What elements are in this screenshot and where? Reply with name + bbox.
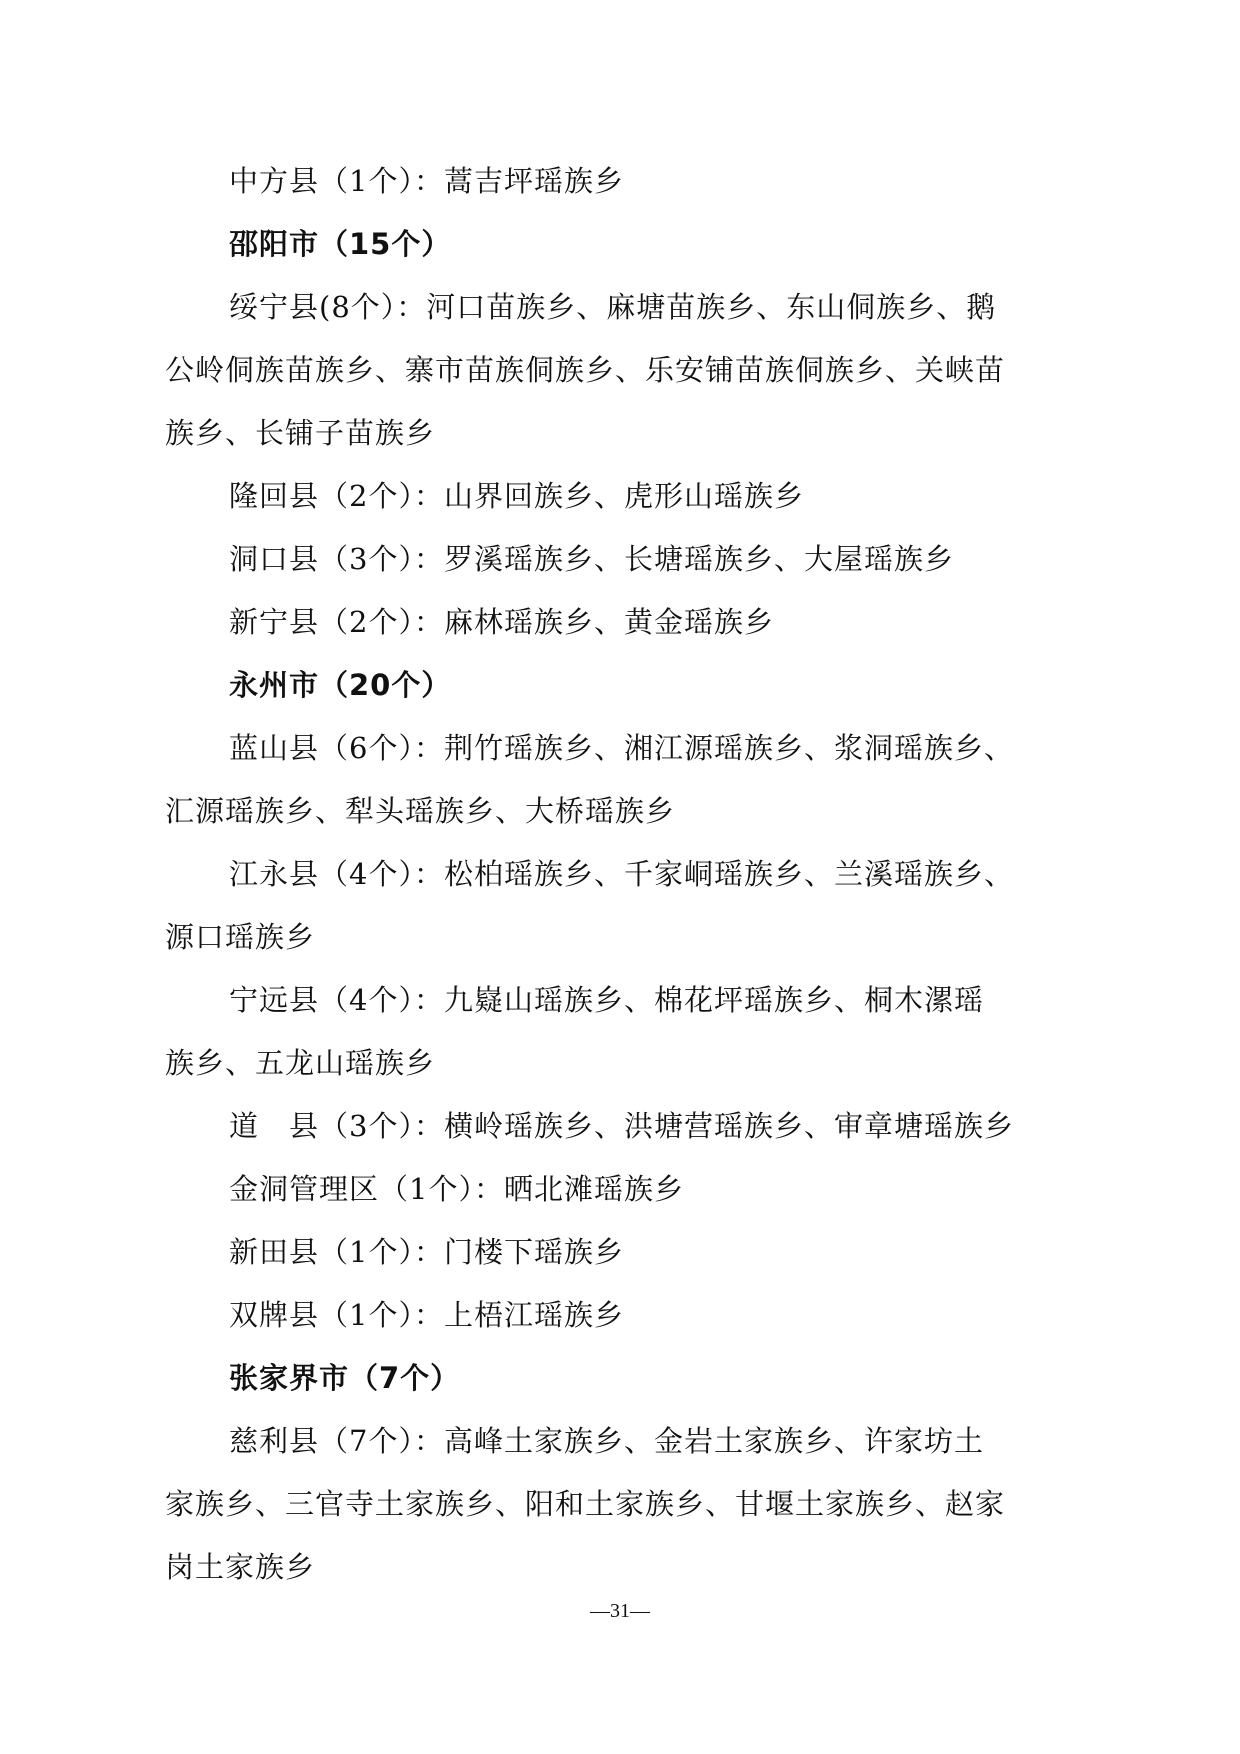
county-entry-cili-cont-1: 家族乡、三官寺土家族乡、阳和土家族乡、甘堰土家族乡、赵家	[165, 1473, 1075, 1536]
county-entry-ningyuan-cont: 族乡、五龙山瑶族乡	[165, 1032, 1075, 1095]
county-entry-jindong: 金洞管理区（1个）：晒北滩瑶族乡	[165, 1158, 1075, 1221]
county-entry-jiangyong-cont: 源口瑶族乡	[165, 906, 1075, 969]
county-entry-dongkou: 洞口县（3个）：罗溪瑶族乡、长塘瑶族乡、大屋瑶族乡	[165, 528, 1075, 591]
county-entry-xinning: 新宁县（2个）：麻林瑶族乡、黄金瑶族乡	[165, 591, 1075, 654]
county-entry-lanshan: 蓝山县（6个）：荆竹瑶族乡、湘江源瑶族乡、浆洞瑶族乡、	[165, 717, 1075, 780]
county-entry-longhui: 隆回县（2个）：山界回族乡、虎形山瑶族乡	[165, 465, 1075, 528]
document-page: 中方县（1个）：蒿吉坪瑶族乡 邵阳市（15个） 绥宁县(8个）：河口苗族乡、麻塘…	[0, 0, 1240, 1754]
county-entry-jiangyong: 江永县（4个）：松柏瑶族乡、千家峒瑶族乡、兰溪瑶族乡、	[165, 843, 1075, 906]
county-entry-ningyuan: 宁远县（4个）：九嶷山瑶族乡、棉花坪瑶族乡、桐木漯瑶	[165, 969, 1075, 1032]
county-entry-xintian: 新田县（1个）：门楼下瑶族乡	[165, 1221, 1075, 1284]
document-body: 中方县（1个）：蒿吉坪瑶族乡 邵阳市（15个） 绥宁县(8个）：河口苗族乡、麻塘…	[165, 150, 1075, 1599]
county-entry-daoxian: 道 县（3个）：横岭瑶族乡、洪塘营瑶族乡、审章塘瑶族乡	[165, 1095, 1075, 1158]
county-entry-suining-cont-1: 公岭侗族苗族乡、寨市苗族侗族乡、乐安铺苗族侗族乡、关峡苗	[165, 339, 1075, 402]
county-entry-cili-cont-2: 岗土家族乡	[165, 1536, 1075, 1599]
county-entry-lanshan-cont: 汇源瑶族乡、犁头瑶族乡、大桥瑶族乡	[165, 780, 1075, 843]
city-heading-yongzhou: 永州市（20个）	[165, 654, 1075, 717]
county-entry-cili: 慈利县（7个）：高峰土家族乡、金岩土家族乡、许家坊土	[165, 1410, 1075, 1473]
county-entry-suining-cont-2: 族乡、长铺子苗族乡	[165, 402, 1075, 465]
city-heading-zhangjiajie: 张家界市（7个）	[165, 1347, 1075, 1410]
city-heading-shaoyang: 邵阳市（15个）	[165, 213, 1075, 276]
county-entry-zhongfang: 中方县（1个）：蒿吉坪瑶族乡	[165, 150, 1075, 213]
county-entry-shuangpai: 双牌县（1个）：上梧江瑶族乡	[165, 1284, 1075, 1347]
county-entry-suining: 绥宁县(8个）：河口苗族乡、麻塘苗族乡、东山侗族乡、鹅	[165, 276, 1075, 339]
page-number: —31—	[0, 1600, 1240, 1623]
